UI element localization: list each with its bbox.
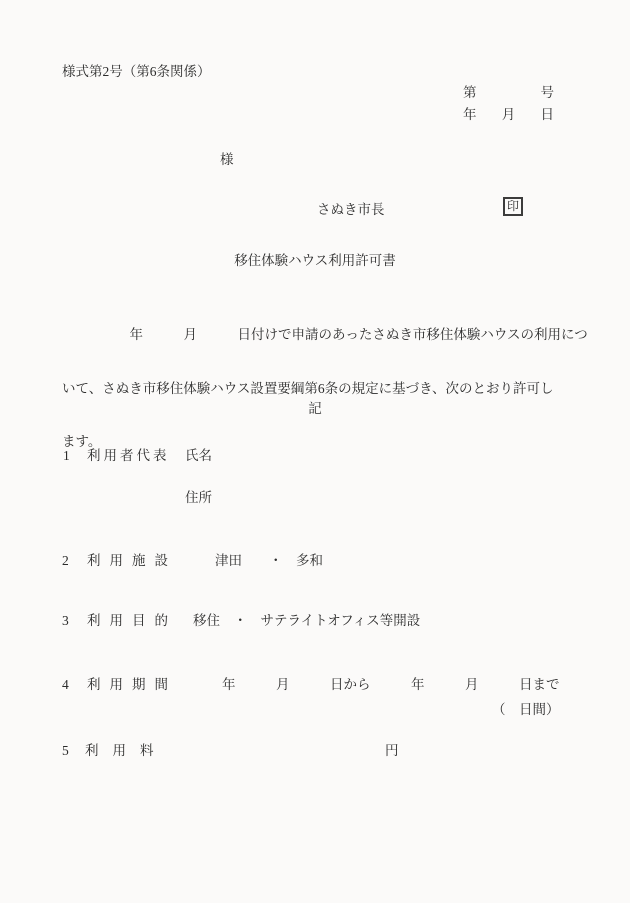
item-5-value: 円	[385, 743, 399, 759]
document-title: 移住体験ハウス利用許可書	[0, 253, 630, 269]
doc-number-prefix: 第	[463, 85, 477, 101]
item-3-label: 利用目的	[87, 613, 177, 629]
document-page: 様式第2号（第6条関係） 第 号 年 月 日 様 さぬき市長 印 移住体験ハウス…	[0, 0, 630, 903]
item-2-value: 津田 ・ 多和	[215, 553, 323, 569]
item-4-days-note: （ 日間）	[492, 702, 560, 718]
item-4-label: 利用期間	[87, 677, 177, 693]
item-1-number: 1	[63, 448, 70, 464]
form-number-label: 様式第2号（第6条関係）	[62, 64, 211, 80]
doc-number-suffix: 号	[541, 85, 555, 101]
item-4-value: 年 月 日から 年 月 日まで	[222, 677, 560, 693]
item-1-field-name-label: 氏名	[185, 448, 212, 464]
record-heading: 記	[0, 401, 630, 417]
item-5-label: 利用料	[85, 743, 168, 759]
date-month-label: 月	[502, 107, 516, 123]
item-1-label: 利用者代表	[87, 448, 170, 464]
issuer-title: さぬき市長	[317, 202, 385, 218]
date-year-label: 年	[463, 107, 477, 123]
item-1-field-address-label: 住所	[185, 490, 212, 506]
doc-number-line: 第 号	[463, 85, 554, 101]
body-paragraph-line-2: いて、さぬき市移住体験ハウス設置要綱第6条の規定に基づき、次のとおり許可し	[62, 378, 577, 401]
addressee-honorific: 様	[220, 152, 234, 168]
item-3-number: 3	[62, 613, 69, 629]
date-line: 年 月 日	[463, 107, 554, 123]
body-paragraph-line-1: 年 月 日付けで申請のあったさぬき市移住体験ハウスの利用につ	[62, 324, 577, 347]
date-day-label: 日	[541, 107, 555, 123]
mayor-seal-stamp: 印	[503, 197, 523, 216]
item-5-number: 5	[62, 743, 69, 759]
item-2-label: 利用施設	[87, 553, 177, 569]
item-2-number: 2	[62, 553, 69, 569]
item-4-number: 4	[62, 677, 69, 693]
item-3-value: 移住 ・ サテライトオフィス等開設	[193, 613, 420, 629]
